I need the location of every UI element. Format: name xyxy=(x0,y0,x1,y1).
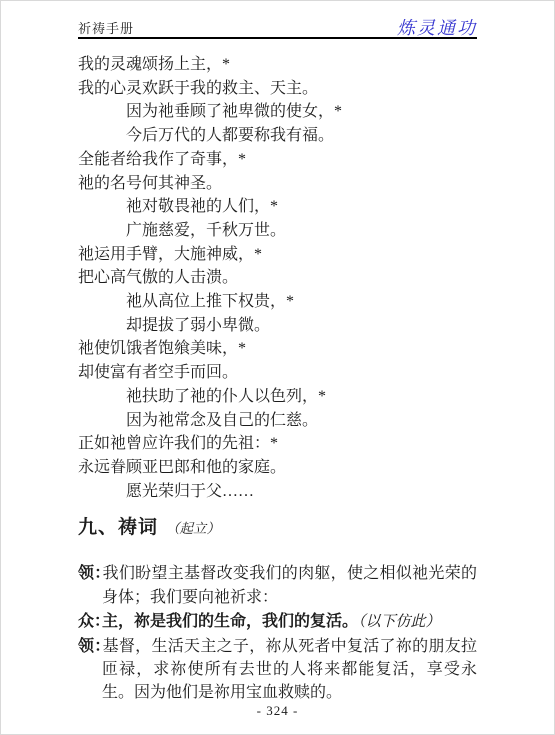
speech-text: 主，祢是我们的生命，我们的复活。 xyxy=(102,613,358,630)
section-title: 九、祷词 xyxy=(78,517,158,538)
speech-text: 我们盼望主基督改变我们的肉躯，使之相似祂光荣的身体；我们要向祂祈求： xyxy=(102,565,477,605)
dialogue-paragraph: 领：我们盼望主基督改变我们的肉躯，使之相似祂光荣的身体；我们要向祂祈求： xyxy=(78,562,477,608)
verse-line: 全能者给我作了奇事，* xyxy=(78,148,477,172)
verse-line: 我的心灵欢跃于我的救主、天主。 xyxy=(78,77,477,101)
verse-line: 却使富有者空手而回。 xyxy=(78,361,477,385)
page-number: - 324 - xyxy=(257,703,299,718)
verse-line: 祂从高位上推下权贵，* xyxy=(78,290,477,314)
verse-line: 广施慈爱，千秋万世。 xyxy=(78,219,477,243)
verse-line: 祂使饥饿者饱飨美味，* xyxy=(78,337,477,361)
verse-line: 正如祂曾应许我们的先祖：* xyxy=(78,432,477,456)
dialogue: 领：我们盼望主基督改变我们的肉躯，使之相似祂光荣的身体；我们要向祂祈求：众：主，… xyxy=(78,562,477,704)
stage-note: （以下仿此） xyxy=(358,614,441,630)
verse-line: 祂的名号何其神圣。 xyxy=(78,172,477,196)
page-footer: - 324 - xyxy=(0,703,555,719)
verse-line: 我的灵魂颂扬上主，* xyxy=(78,53,477,77)
canticle: 我的灵魂颂扬上主，*我的心灵欢跃于我的救主、天主。因为祂垂顾了祂卑微的使女，*今… xyxy=(78,53,477,503)
section-heading: 九、祷词 （起立） xyxy=(78,514,477,541)
verse-line: 祂运用手臂，大施神威，* xyxy=(78,243,477,267)
verse-line: 今后万代的人都要称我有福。 xyxy=(78,124,477,148)
dialogue-paragraph: 领：基督，生活天主之子，祢从死者中复活了祢的朋友拉匝禄，求祢使所有去世的人将来都… xyxy=(78,635,477,705)
verse-line: 把心高气傲的人击溃。 xyxy=(78,266,477,290)
verse-line: 因为祂常念及自己的仁慈。 xyxy=(78,409,477,433)
verse-line: 却提拔了弱小卑微。 xyxy=(78,314,477,338)
stage-direction: （起立） xyxy=(166,521,220,536)
verse-line: 永远眷顾亚巴郎和他的家庭。 xyxy=(78,456,477,480)
verse-line: 愿光荣归于父…… xyxy=(78,480,477,504)
speech-text: 基督，生活天主之子，祢从死者中复活了祢的朋友拉匝禄，求祢使所有去世的人将来都能复… xyxy=(102,638,477,701)
verse-line: 因为祂垂顾了祂卑微的使女，* xyxy=(78,100,477,124)
document-page: 祈祷手册 炼灵通功 我的灵魂颂扬上主，*我的心灵欢跃于我的救主、天主。因为祂垂顾… xyxy=(0,0,555,735)
verse-line: 祂扶助了祂的仆人以色列，* xyxy=(78,385,477,409)
verse-line: 祂对敬畏祂的人们，* xyxy=(78,195,477,219)
dialogue-paragraph: 众：主，祢是我们的生命，我们的复活。（以下仿此） xyxy=(78,610,477,634)
page-content: 我的灵魂颂扬上主，*我的心灵欢跃于我的救主、天主。因为祂垂顾了祂卑微的使女，*今… xyxy=(78,53,477,706)
header-rule xyxy=(78,37,477,39)
